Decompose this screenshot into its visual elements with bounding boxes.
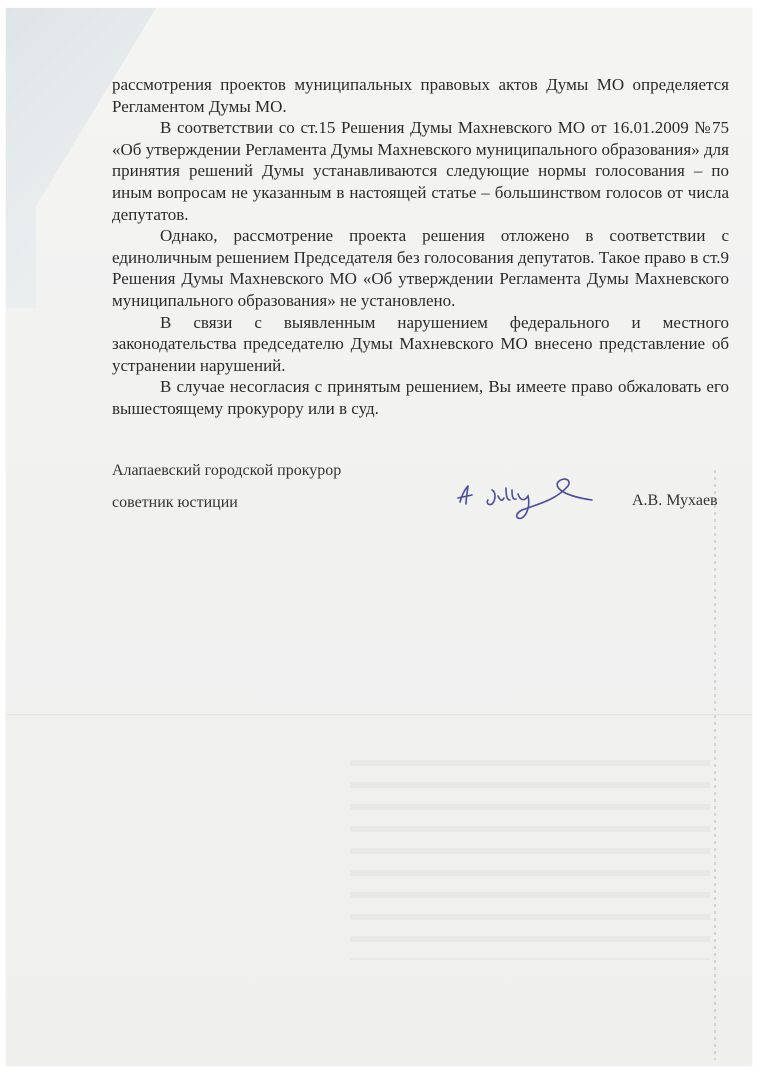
- paragraph-regulation: В соответствии со ст.15 Решения Думы Мах…: [112, 117, 729, 225]
- signer-name: А.В. Мухаев: [632, 492, 718, 510]
- signer-position: Алапаевский городской прокурор: [112, 462, 341, 480]
- handwritten-signature-icon: [452, 470, 612, 530]
- signer-rank: советник юстиции: [112, 494, 238, 512]
- letter-body: рассмотрения проектов муниципальных прав…: [112, 74, 729, 420]
- reverse-side-show-through: [350, 760, 710, 960]
- paragraph-continuation: рассмотрения проектов муниципальных прав…: [112, 74, 729, 117]
- paragraph-postponement: Однако, рассмотрение проекта решения отл…: [112, 225, 729, 311]
- vertical-crease: [714, 470, 716, 1060]
- paragraph-violation: В связи с выявленным нарушением федераль…: [112, 312, 729, 377]
- paragraph-appeal: В случае несогласия с принятым решением,…: [112, 376, 729, 419]
- horizontal-fold-line: [6, 714, 752, 716]
